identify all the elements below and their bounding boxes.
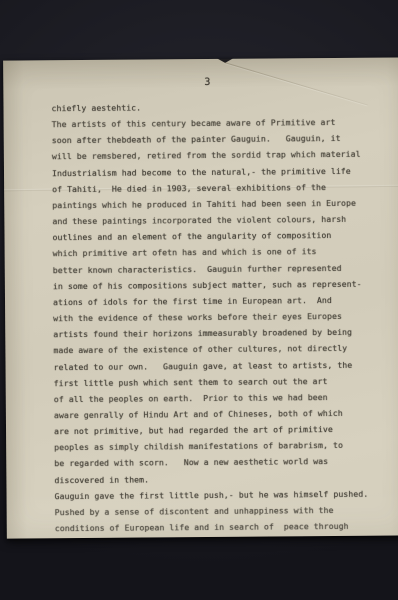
typed-text: chiefly aestehtic.The artists of this ce… xyxy=(51,98,368,537)
text-line: related to our own. Gauguin gave, at lea… xyxy=(53,356,367,375)
text-line: made aware of the existence of other cul… xyxy=(53,340,367,359)
text-line: will be remsbered, retired from the sord… xyxy=(52,146,366,165)
text-line: outlines and an element of the angularit… xyxy=(52,227,366,246)
typed-manuscript-page: 3 chiefly aestehtic.The artists of this … xyxy=(3,57,398,538)
photo-background: 3 chiefly aestehtic.The artists of this … xyxy=(0,0,398,600)
text-line: conditions of European life and in searc… xyxy=(55,518,369,537)
page-number: 3 xyxy=(204,77,210,88)
text-line: be regarded with scorn. Now a new aesthe… xyxy=(54,453,368,472)
